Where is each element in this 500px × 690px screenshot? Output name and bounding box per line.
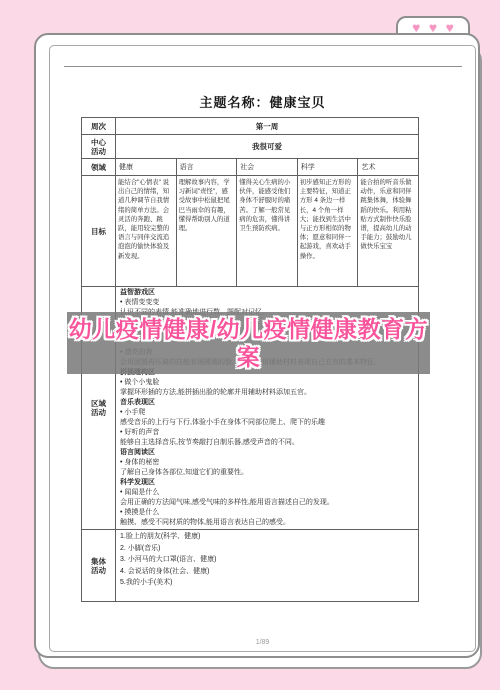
- watermark-text: 幼儿疫情健康/幼儿疫情健康教育方案: [67, 315, 430, 371]
- region-line: 触摸、感受不同材质的物体,能用语言表达自己的感受。: [120, 518, 414, 528]
- collective-activity-cell: 1.脸上的朋友(科学、健康)2. 小脚(音乐)3. 小河马的大口罩(语言、健康)…: [116, 530, 419, 602]
- region-line: • 小手爬: [120, 408, 414, 418]
- domain-cell: 健康: [116, 159, 177, 176]
- collective-item: 5.我的小手(美术): [120, 577, 414, 589]
- region-line: 语言阅读区: [120, 448, 414, 458]
- region-line: • 摸摸是什么: [120, 508, 414, 518]
- domain-label: 领域: [82, 159, 116, 176]
- domain-cell: 科学: [297, 159, 358, 176]
- domain-cell: 艺术: [358, 159, 419, 176]
- goal-cell: 懂得关心生病的小伙伴，能感受他们身体不舒服时的痛苦。了解一般常见病的危害，懂得讲…: [237, 176, 298, 287]
- region-line: • 做个小鬼脸: [120, 378, 414, 388]
- central-activity-value: 我很可爱: [116, 135, 419, 159]
- region-line: 能够自主选择音乐,按节奏敲打自制乐器,感受声音的不同。: [120, 438, 414, 448]
- goal-cell: 理解故事内容，学习新词"责怪"，感受故事中松鼠把尾巴当雨伞的有趣，懂得帮助别人的…: [176, 176, 237, 287]
- collective-item: 2. 小脚(音乐): [120, 543, 414, 555]
- region-line: • 好听的声音: [120, 428, 414, 438]
- region-line: 科学发现区: [120, 478, 414, 488]
- region-line: 音乐表现区: [120, 398, 414, 408]
- document-title: 主题名称：健康宝贝: [50, 92, 475, 111]
- goal-row: 目标 能结合"心情表" 说出自己的情绪，知道几种调节自我情绪的简单方法。会灵活的…: [82, 176, 419, 287]
- region-line: 感受音乐的上行与下行,体验小手在身体不同部位爬上、爬下的乐趣: [120, 418, 414, 428]
- week-row: 周次 第一周: [82, 118, 419, 135]
- collective-activity-row: 集体活动 1.脸上的朋友(科学、健康)2. 小脚(音乐)3. 小河马的大口罩(语…: [82, 530, 419, 602]
- goal-cell: 初步感知正方形的主要特征，知道正方形 4 条边一样长，4 个角一样大；能找到生活…: [297, 176, 358, 287]
- region-line: • 表情变变变: [120, 298, 414, 308]
- domain-row: 领域 健康语言社会科学艺术: [82, 159, 419, 176]
- region-line: • 身体的秘密: [120, 458, 414, 468]
- watermark-overlay: 幼儿疫情健康/幼儿疫情健康教育方案: [67, 312, 430, 374]
- goal-label: 目标: [82, 176, 116, 287]
- region-line: • 闻闻是什么: [120, 488, 414, 498]
- region-line: 会用正确的方法闻气味,感受气味的多样性,能用语言描述自己的发现。: [120, 498, 414, 508]
- domain-cell: 社会: [237, 159, 298, 176]
- central-activity-row: 中心活动 我很可爱: [82, 135, 419, 159]
- region-line: 掌握环形插的方法,能拼插出脸的轮廓并用辅助材料添加五官。: [120, 388, 414, 398]
- region-line: 益智游戏区: [120, 288, 414, 298]
- screenshot-canvas: ♥ ♥ ♥ 主题名称：健康宝贝 周次 第一周 中心: [0, 0, 500, 690]
- region-line: 了解自己身体各部位,知道它们的重要性。: [120, 468, 414, 478]
- central-activity-label: 中心活动: [82, 135, 116, 159]
- week-value: 第一周: [116, 118, 419, 135]
- collective-item: 4. 会说话的身体(社会、健康): [120, 566, 414, 578]
- header-divider: [64, 66, 462, 67]
- page-number: 1/89: [50, 639, 475, 646]
- collective-activity-label: 集体活动: [82, 530, 116, 602]
- week-label: 周次: [82, 118, 116, 135]
- collective-item: 1.脸上的朋友(科学、健康): [120, 531, 414, 543]
- domain-cell: 语言: [176, 159, 237, 176]
- goal-cell: 能结合"心情表" 说出自己的情绪，知道几种调节自我情绪的简单方法。会灵活的奔跑、…: [116, 176, 177, 287]
- goal-cell: 能合拍的听音乐做动作，乐意和同伴跳集体舞，体验舞蹈的快乐。利用粘贴方式制作快乐脸…: [358, 176, 419, 287]
- collective-item: 3. 小河马的大口罩(语言、健康): [120, 554, 414, 566]
